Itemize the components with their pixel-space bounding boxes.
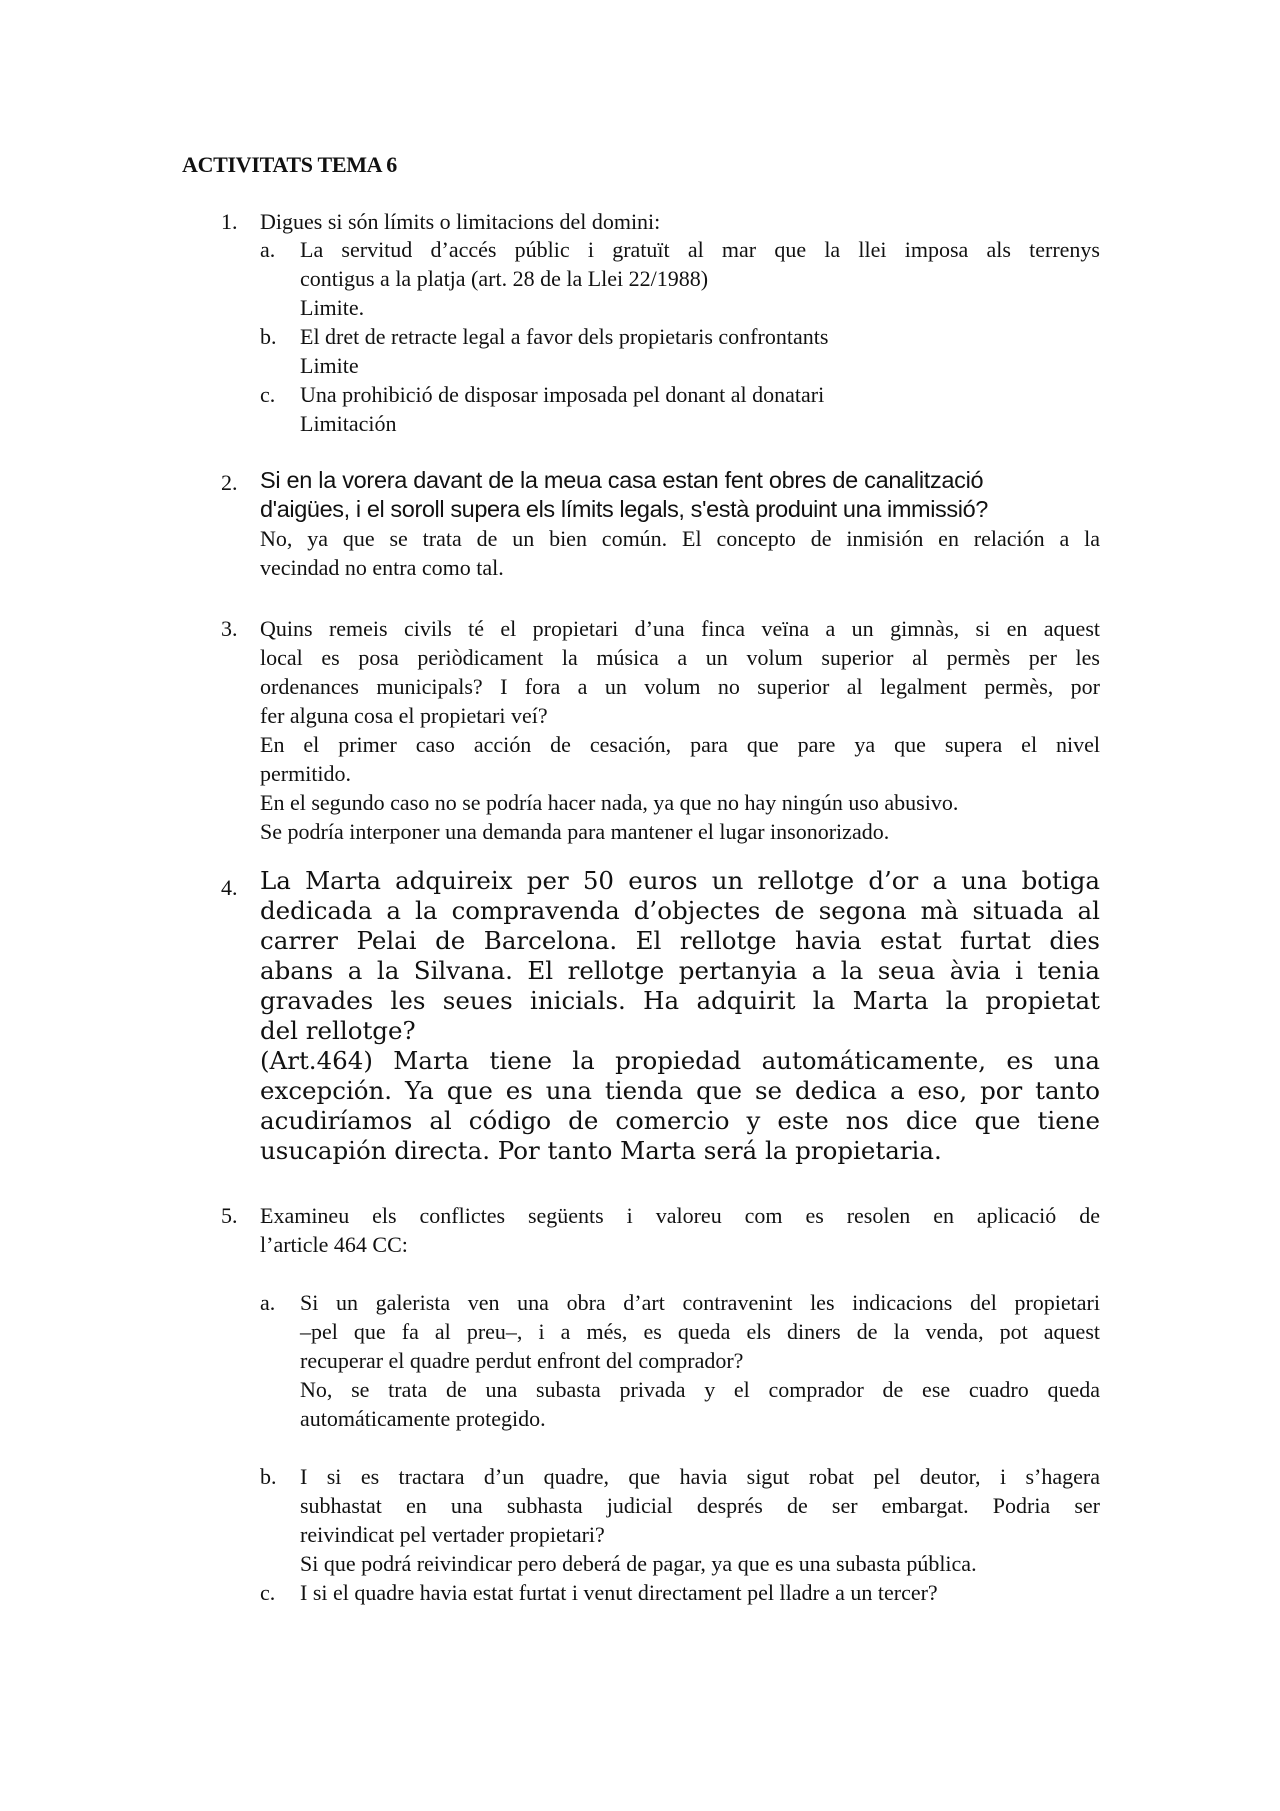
answer-text: (Art.464) Marta tiene la propiedad autom… [260, 1046, 1100, 1076]
question-text: abans a la Silvana. El rellotge pertanyi… [260, 956, 1100, 986]
item-letter: c. [260, 382, 275, 408]
item-letter: a. [260, 1290, 275, 1316]
question-number: 2. [221, 470, 238, 496]
item-answer: Limite. [300, 293, 364, 322]
item-text: subhastat en una subhasta judicial despr… [300, 1491, 1100, 1520]
document-page: ACTIVITATS TEMA 6 1. Digues si són límit… [0, 0, 1280, 1811]
item-letter: c. [260, 1580, 275, 1606]
question-text: ordenances municipals? I fora a un volum… [260, 672, 1100, 701]
item-letter: a. [260, 237, 275, 263]
question-text: local es posa periòdicament la música a … [260, 643, 1100, 672]
item-text: contigus a la platja (art. 28 de la Llei… [300, 264, 708, 293]
answer-text: En el primer caso acción de cesación, pa… [260, 730, 1100, 759]
item-text: I si es tractara d’un quadre, que havia … [300, 1462, 1100, 1491]
item-answer: Limitación [300, 409, 397, 438]
question-number: 4. [221, 875, 238, 901]
question-text: carrer Pelai de Barcelona. El rellotge h… [260, 926, 1100, 956]
question-text: l’article 464 CC: [260, 1230, 408, 1259]
item-text: La servitud d’accés públic i gratuït al … [300, 235, 1100, 264]
question-text: dedicada a la compravenda d’objectes de … [260, 896, 1100, 926]
item-answer: No, se trata de una subasta privada y el… [300, 1375, 1100, 1404]
answer-text: permitido. [260, 759, 351, 788]
answer-text: usucapión directa. Por tanto Marta será … [260, 1136, 942, 1166]
question-text: La Marta adquireix per 50 euros un rello… [260, 866, 1100, 896]
question-text: Examineu els conflictes següents i valor… [260, 1201, 1100, 1230]
item-text: Una prohibició de disposar imposada pel … [300, 380, 824, 409]
question-number: 1. [221, 209, 238, 235]
answer-text: acudiríamos al código de comercio y este… [260, 1106, 1100, 1136]
item-answer: automáticamente protegido. [300, 1404, 546, 1433]
item-letter: b. [260, 1464, 277, 1490]
question-text: gravades les seues inicials. Ha adquirit… [260, 986, 1100, 1016]
item-text: I si el quadre havia estat furtat i venu… [300, 1578, 938, 1607]
answer-text: En el segundo caso no se podría hacer na… [260, 788, 958, 817]
item-answer: Limite [300, 351, 359, 380]
item-text: El dret de retracte legal a favor dels p… [300, 322, 828, 351]
question-number: 5. [221, 1203, 238, 1229]
question-text: Digues si són límits o limitacions del d… [260, 207, 660, 236]
item-text: –pel que fa al preu–, i a més, es queda … [300, 1317, 1100, 1346]
question-text: d'aigües, i el soroll supera els límits … [260, 495, 988, 524]
document-title: ACTIVITATS TEMA 6 [182, 152, 397, 178]
question-text: Si en la vorera davant de la meua casa e… [260, 466, 983, 495]
item-text: Si un galerista ven una obra d’art contr… [300, 1288, 1100, 1317]
question-text: fer alguna cosa el propietari veí? [260, 701, 548, 730]
item-text: recuperar el quadre perdut enfront del c… [300, 1346, 743, 1375]
item-text: reivindicat pel vertader propietari? [300, 1520, 605, 1549]
answer-text: excepción. Ya que es una tienda que se d… [260, 1076, 1100, 1106]
question-text: Quins remeis civils té el propietari d’u… [260, 614, 1100, 643]
item-letter: b. [260, 324, 277, 350]
answer-text: Se podría interponer una demanda para ma… [260, 817, 889, 846]
question-number: 3. [221, 616, 238, 642]
item-answer: Si que podrá reivindicar pero deberá de … [300, 1549, 977, 1578]
question-text: del rellotge? [260, 1016, 416, 1046]
answer-text: No, ya que se trata de un bien común. El… [260, 524, 1100, 553]
answer-text: vecindad no entra como tal. [260, 553, 504, 582]
